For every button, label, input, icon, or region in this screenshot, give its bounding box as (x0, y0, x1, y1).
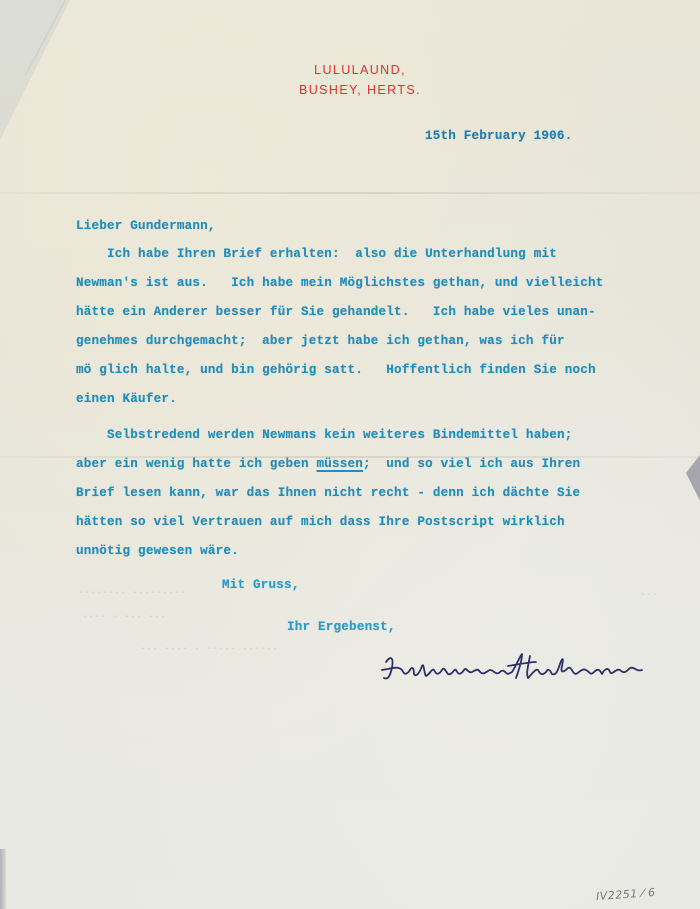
body-line: unnötig gewesen wäre. (76, 544, 239, 558)
torn-edge (686, 455, 700, 501)
body-line: einen Käufer. (76, 392, 177, 406)
body-line: Ich habe Ihren Brief erhalten: also die … (76, 247, 557, 261)
closing: Mit Gruss, (222, 578, 300, 592)
horizontal-crease (0, 192, 700, 194)
body-line: Selbstredend werden Newmans kein weitere… (76, 428, 572, 442)
folded-corner (0, 0, 70, 140)
paper-edge (0, 849, 6, 909)
show-through-text: ········ ········· (78, 588, 186, 599)
body-line: hätte ein Anderer besser für Sie gehande… (76, 305, 596, 319)
body-line: genehmes durchgemacht; aber jetzt habe i… (76, 334, 565, 348)
body-line: hätten so viel Vertrauen auf mich dass I… (76, 515, 565, 529)
body-line: Brief lesen kann, war das Ihnen nicht re… (76, 486, 580, 500)
body-line: mö glich halte, und bin gehörig satt. Ho… (76, 363, 596, 377)
show-through-text: ···· · ··· ··· (82, 612, 166, 623)
letter-date: 15th February 1906. (425, 129, 572, 143)
letter-page: LULULAUND, BUSHEY, HERTS. 15th February … (0, 0, 700, 909)
body-line: aber ein wenig hatte ich geben müssen; u… (76, 457, 580, 471)
salutation: Lieber Gundermann, (76, 219, 216, 233)
body-line: Newman's ist aus. Ich habe mein Möglichs… (76, 276, 604, 290)
letterhead-line-2: BUSHEY, HERTS. (270, 80, 450, 100)
letterhead-line-1: LULULAUND, (270, 60, 450, 80)
body-text: aber ein wenig hatte ich geben (76, 457, 316, 471)
handwritten-signature (380, 648, 655, 688)
body-text: ; und so viel ich aus Ihren (363, 457, 580, 471)
letterhead: LULULAUND, BUSHEY, HERTS. (270, 60, 450, 100)
show-through-text: ··· (640, 590, 658, 601)
underlined-word: müssen (316, 457, 363, 471)
show-through-text: ··· ···· · ····· ······ (140, 644, 278, 655)
archive-pencil-mark: IV2251 ⁄ 6 (596, 886, 656, 903)
complimentary-close: Ihr Ergebenst, (287, 620, 396, 634)
